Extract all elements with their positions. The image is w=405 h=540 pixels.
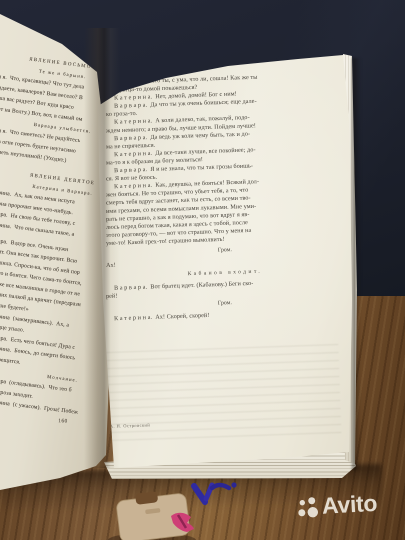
avito-logo-icon (293, 493, 320, 520)
book-listing-photo: ЯВЛЕНИЕ ВОСЬМОЕТе же и барыня.н я. Что, … (0, 0, 405, 540)
show-through-text (106, 344, 341, 448)
fore-edge-shadow (352, 58, 361, 470)
avito-wordmark: Avito (321, 490, 377, 520)
right-page: В а р в а р а. Что ты, с ума, что ли, со… (94, 52, 358, 472)
right-page-text: В а р в а р а. Что ты, с ума, что ли, со… (106, 78, 344, 322)
avito-watermark: Avito (293, 490, 377, 521)
